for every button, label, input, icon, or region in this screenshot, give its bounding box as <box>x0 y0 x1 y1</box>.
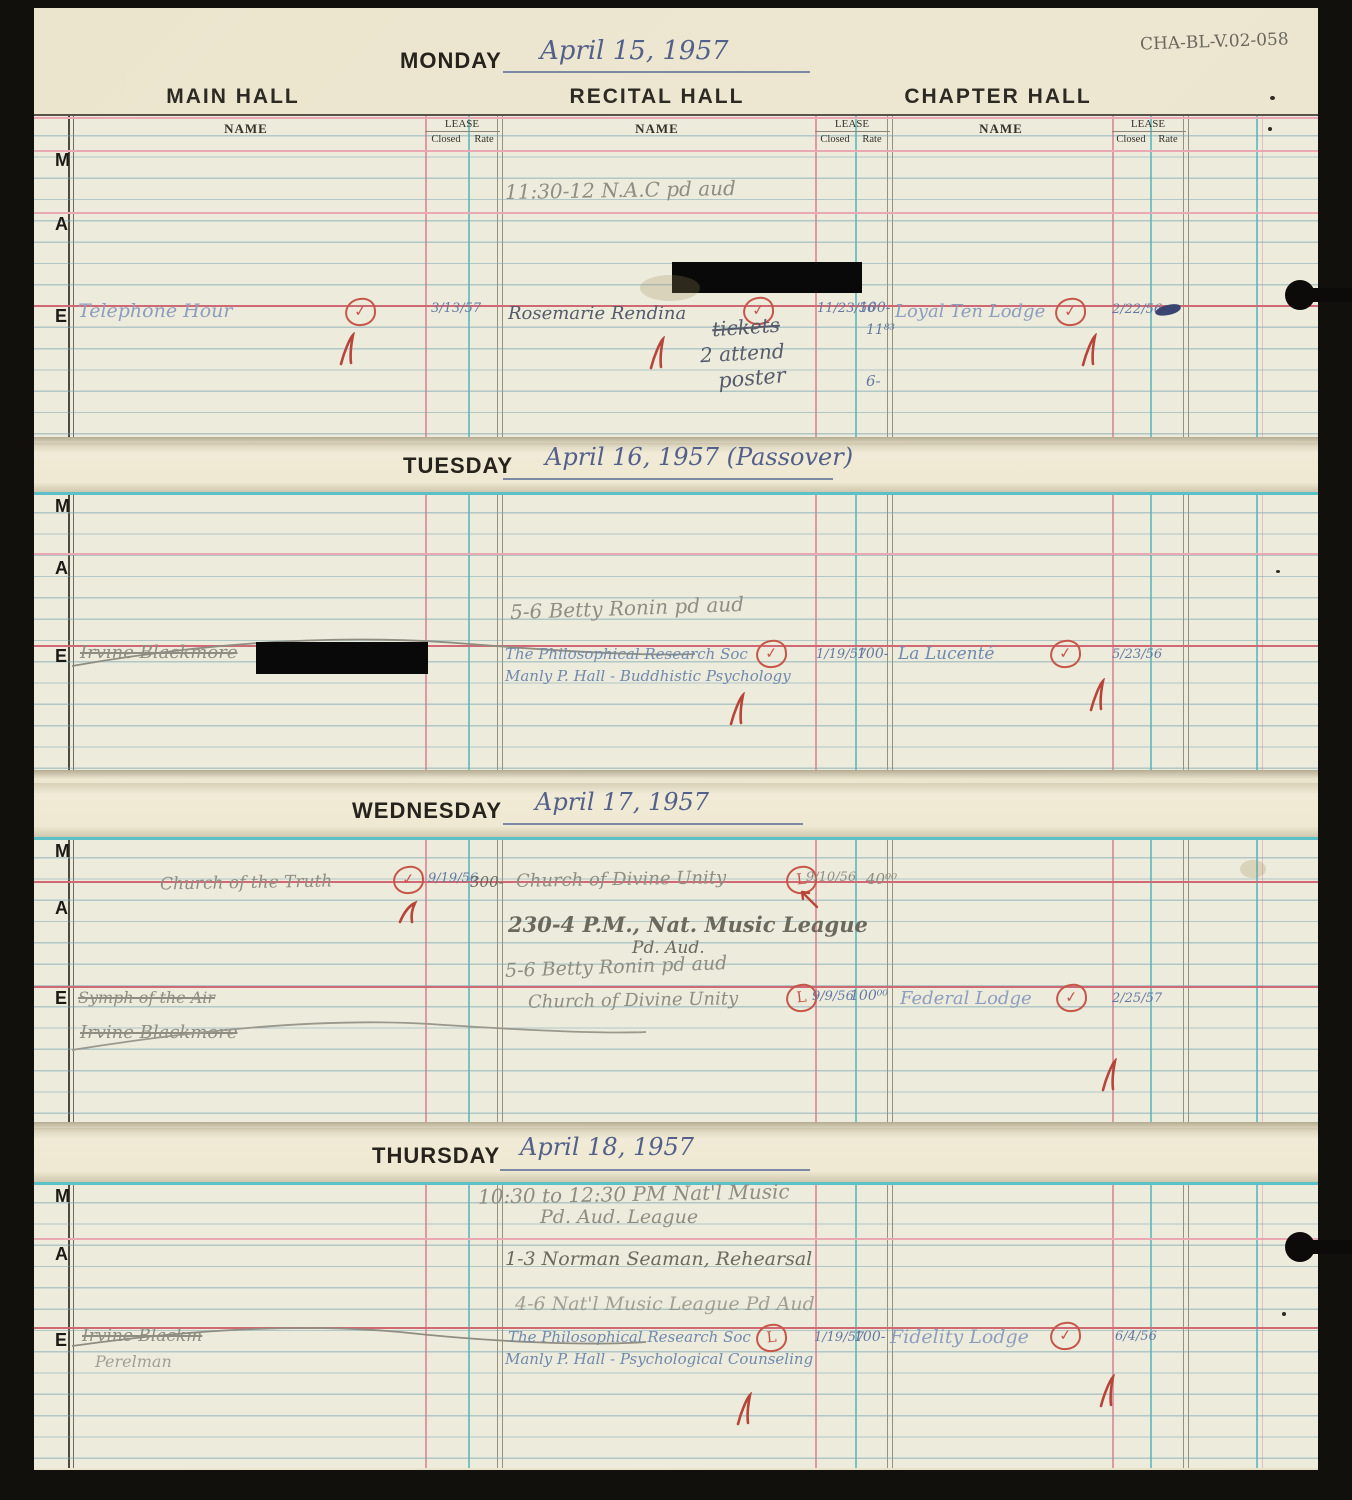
date-underline <box>503 478 833 480</box>
entry-main-afternoon-name: Church of the Truth <box>160 871 333 894</box>
date-underline <box>503 823 803 825</box>
red-tick-mark <box>1088 678 1108 714</box>
closed-header-main: Closed <box>431 134 460 145</box>
entry-chapter-evening-closed: 2/25/57 <box>1112 991 1162 1006</box>
day-label-tuesday: TUESDAY <box>403 453 513 479</box>
entry-recital-evening-name2: Manly P. Hall - Psychological Counseling <box>505 1350 813 1368</box>
row-label-e: E <box>55 306 67 327</box>
paper-speck <box>1276 570 1280 573</box>
form-line <box>34 837 1318 840</box>
hall-title-main: MAIN HALL <box>166 85 299 109</box>
entry-recital-evening-name: Church of Divine Unity <box>528 988 739 1013</box>
row-label-e: E <box>55 1330 67 1351</box>
lease-subdivider <box>1112 131 1186 132</box>
red-tick-mark <box>338 332 358 368</box>
entry-recital-afternoon-note1: 1-3 Norman Seaman, Rehearsal <box>505 1248 812 1270</box>
rate-header-chapter: Rate <box>1158 134 1177 145</box>
entry-recital-evening-name1: The Philosophical Research Soc <box>508 1328 751 1346</box>
form-line <box>34 212 1318 214</box>
redaction-box <box>672 262 862 293</box>
entry-chapter-evening-closed: 6/4/56 <box>1115 1329 1157 1344</box>
entry-recital-afternoon-rate: 40⁰⁰ <box>866 870 897 888</box>
paper-speck <box>1270 96 1275 100</box>
entry-recital-evening-name: The Philosophical Research Soc <box>505 645 748 663</box>
row-label-m: M <box>55 150 70 171</box>
ledger-scan: CHA-BL-V.02-058 MONDAY April 15, 1957 MA… <box>0 0 1352 1500</box>
red-tick-mark <box>398 900 418 926</box>
day-label-monday: MONDAY <box>400 48 502 74</box>
row-label-m: M <box>55 841 70 862</box>
entry-main-evening-name1: Symph of the Air <box>78 988 215 1007</box>
closed-header-recital: Closed <box>820 134 849 145</box>
paper-stain <box>640 275 700 301</box>
hall-title-recital: RECITAL HALL <box>570 85 745 109</box>
day-date-thursday: April 18, 1957 <box>520 1133 694 1161</box>
row-label-e: E <box>55 988 67 1009</box>
red-arrow-mark <box>798 888 820 910</box>
entry-recital-evening-name: Rosemarie Rendina <box>508 303 686 324</box>
entry-recital-evening-rate3: 6- <box>866 372 881 390</box>
lease-header-main: LEASE <box>445 118 479 130</box>
paper-speck <box>1268 127 1272 131</box>
entry-chapter-evening-name: Loyal Ten Lodge <box>895 301 1045 322</box>
lease-subdivider <box>815 131 890 132</box>
red-tick-mark <box>1100 1058 1120 1094</box>
entry-recital-evening-note: tickets <box>711 313 780 342</box>
closed-header-chapter: Closed <box>1116 134 1145 145</box>
entry-recital-evening-rate2: 11⁸³ <box>866 322 895 338</box>
red-tick-mark <box>648 336 668 372</box>
row-label-m: M <box>55 496 70 517</box>
form-line <box>34 117 1318 119</box>
form-line <box>34 492 1318 495</box>
entry-recital-evening-rate: 100- <box>859 300 890 316</box>
paper-stain <box>1240 860 1266 878</box>
day-date-wednesday: April 17, 1957 <box>535 788 709 816</box>
rate-header-main: Rate <box>474 134 493 145</box>
day-label-thursday: THURSDAY <box>372 1143 500 1169</box>
row-label-e: E <box>55 646 67 667</box>
date-underline <box>500 1169 810 1171</box>
entry-chapter-evening-name: Fidelity Lodge <box>890 1326 1029 1348</box>
entry-recital-afternoon-closed: 9/10/56 <box>806 870 856 885</box>
red-tick-mark <box>735 1392 755 1428</box>
entry-recital-morning: 11:30-12 N.A.C pd aud <box>505 176 736 204</box>
rate-header-recital: Rate <box>862 134 881 145</box>
entry-recital-evening-name2: Manly P. Hall - Buddhistic Psychology <box>505 667 791 685</box>
entry-main-evening-name: Telephone Hour <box>78 300 232 322</box>
red-tick-mark <box>1098 1374 1118 1410</box>
lease-header-recital: LEASE <box>835 118 869 130</box>
page-crease <box>34 770 1318 779</box>
form-line <box>34 114 1318 116</box>
entry-recital-evening-note: 2 attend <box>699 339 785 367</box>
day-label-wednesday: WEDNESDAY <box>352 798 502 824</box>
name-header-chapter: NAME <box>979 121 1023 137</box>
paper-speck <box>1282 1312 1286 1316</box>
name-header-recital: NAME <box>635 121 679 137</box>
entry-recital-morning-note2: Pd. Aud. League <box>540 1206 698 1228</box>
row-label-a: A <box>55 558 68 579</box>
entry-recital-evening-rate: 100- <box>854 1329 885 1345</box>
redaction-box <box>256 642 428 674</box>
entry-chapter-evening-closed: 2/22/56 <box>1112 302 1162 317</box>
lease-subdivider <box>425 131 500 132</box>
entry-chapter-evening-closed: 5/23/56 <box>1112 647 1162 662</box>
entry-main-evening-closed: 3/13/57 <box>431 301 481 316</box>
entry-chapter-evening-name: Federal Lodge <box>900 988 1032 1009</box>
lease-header-chapter: LEASE <box>1131 118 1165 130</box>
row-label-a: A <box>55 898 68 919</box>
name-header-main: NAME <box>224 121 268 137</box>
date-underline <box>503 71 810 73</box>
form-line <box>34 150 1318 152</box>
entry-recital-afternoon-note1: 230-4 P.M., Nat. Music League <box>508 912 868 937</box>
red-tick-mark <box>1080 333 1100 369</box>
entry-recital-afternoon-note2: 4-6 Nat'l Music League Pd Aud <box>515 1293 815 1315</box>
day-date-tuesday: April 16, 1957 (Passover) <box>545 443 853 471</box>
form-line <box>34 1238 1318 1240</box>
row-label-a: A <box>55 214 68 235</box>
entry-recital-evening-rate: 100⁰⁰ <box>850 988 888 1004</box>
day-date-monday: April 15, 1957 <box>540 36 729 66</box>
entry-chapter-evening-name: La Lucenté <box>898 644 995 664</box>
punch-hole-notch <box>1308 1240 1352 1254</box>
entry-recital-afternoon-name: Church of Divine Unity <box>516 867 727 892</box>
hall-title-chapter: CHAPTER HALL <box>904 85 1091 109</box>
red-tick-mark <box>728 692 748 728</box>
entry-main-afternoon-rate: 300- <box>470 873 504 891</box>
form-line <box>34 986 1318 988</box>
row-label-m: M <box>55 1186 70 1207</box>
punch-hole-notch <box>1308 288 1352 302</box>
entry-recital-evening-closed: 9/9/56 <box>812 989 854 1004</box>
crossout-stroke <box>70 1010 650 1056</box>
form-line <box>34 553 1318 555</box>
page-crease <box>34 1122 1318 1131</box>
entry-recital-evening-rate: 100- <box>857 646 888 662</box>
row-label-a: A <box>55 1244 68 1265</box>
